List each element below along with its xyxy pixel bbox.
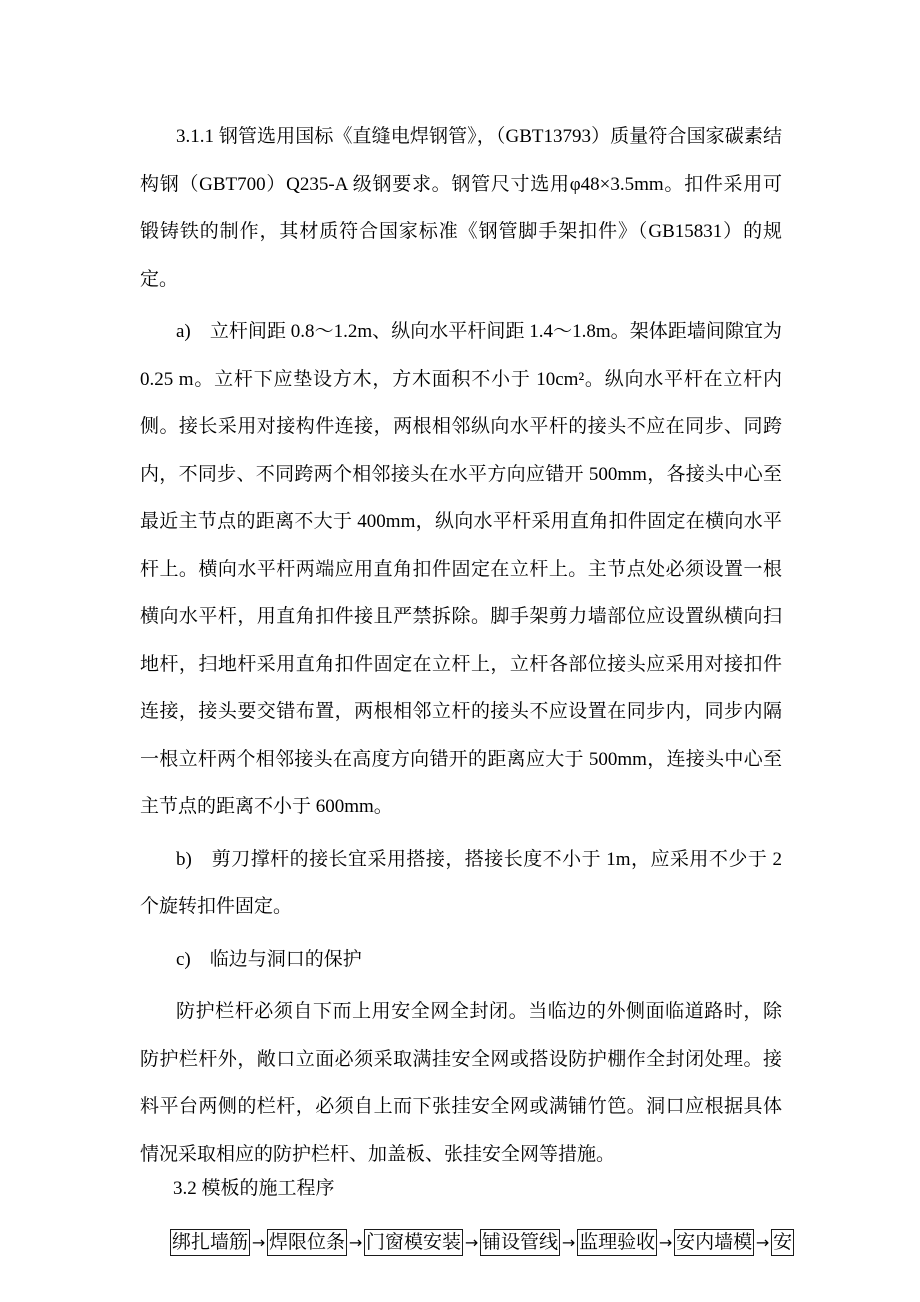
paragraph-item-b-scissor-brace: b) 剪刀撑杆的接长宜采用搭接，搭接长度不小于 1m，应采用不少于 2 个旋转扣… [140, 836, 782, 931]
arrow-right-icon: → [347, 1231, 364, 1254]
arrow-right-icon: → [463, 1231, 480, 1254]
document-page: 3.1.1 钢管选用国标《直缝电焊钢管》，（GBT13793）质量符合国家碳素结… [0, 0, 920, 1302]
flow-step-install-inner-wall-form: 安内墙模 [674, 1229, 754, 1256]
flow-step-bind-wall-rebar: 绑扎墙筋 [170, 1229, 250, 1256]
flow-step-supervision-acceptance: 监理验收 [577, 1229, 657, 1256]
arrow-right-icon: → [250, 1231, 267, 1254]
paragraph-3-1-1-steel-pipe-spec: 3.1.1 钢管选用国标《直缝电焊钢管》，（GBT13793）质量符合国家碳素结… [140, 113, 782, 303]
flow-step-door-window-form-install: 门窗模安装 [364, 1229, 463, 1256]
flow-step-lay-pipelines: 铺设管线 [480, 1229, 560, 1256]
arrow-right-icon: → [560, 1231, 577, 1254]
formwork-procedure-flowchart: 绑扎墙筋 → 焊限位条 → 门窗模安装 → 铺设管线 → 监理验收 → 安内墙模… [170, 1229, 782, 1256]
paragraph-item-a-pole-spacing: a) 立杆间距 0.8～1.2m、纵向水平杆间距 1.4～1.8m。架体距墙间隙… [140, 308, 782, 831]
paragraph-guardrail-protection: 防护栏杆必须自下而上用安全网全封闭。当临边的外侧面临道路时，除防护栏杆外，敞口立… [140, 988, 782, 1178]
paragraph-item-c-edge-opening-protection: c) 临边与洞口的保护 [140, 936, 782, 984]
arrow-right-icon: → [754, 1231, 771, 1254]
flow-step-weld-limit-strip: 焊限位条 [267, 1229, 347, 1256]
flow-step-truncated: 安 [771, 1229, 794, 1256]
arrow-right-icon: → [657, 1231, 674, 1254]
